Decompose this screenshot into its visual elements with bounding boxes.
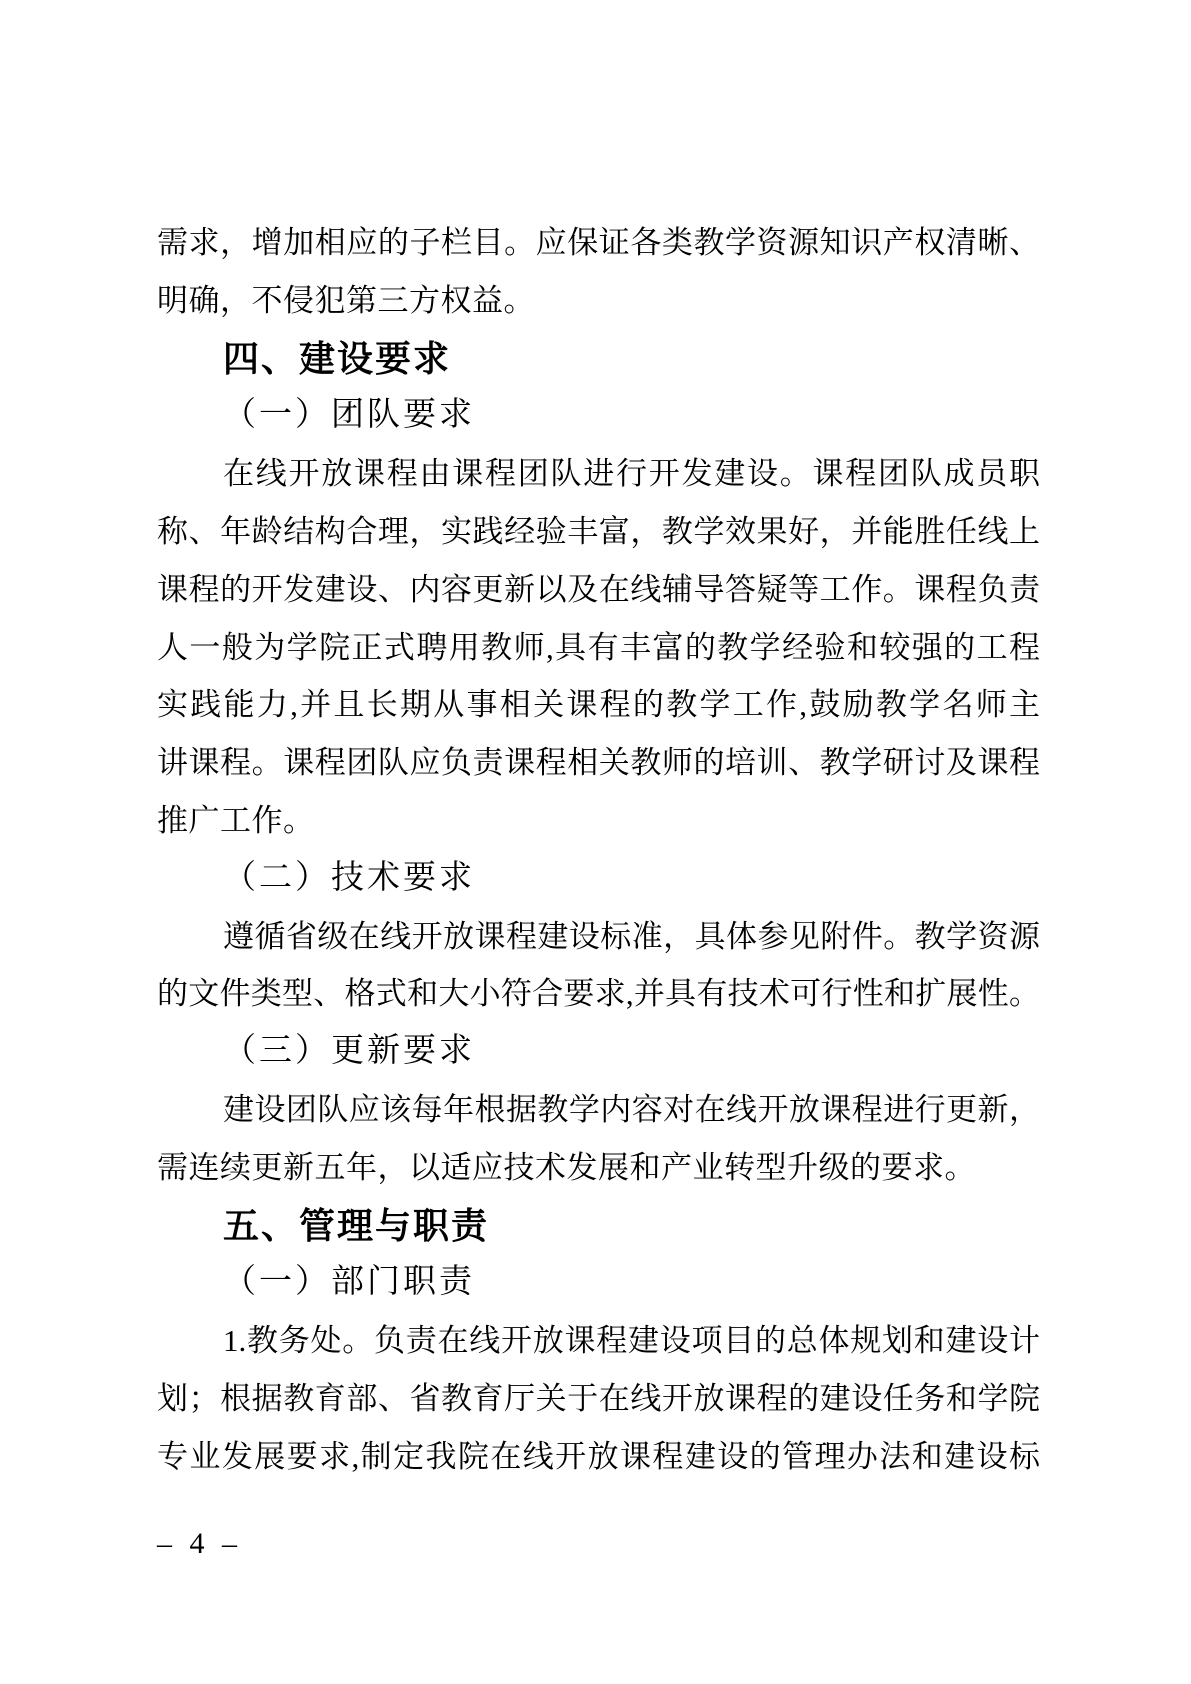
text-line: 需连续更新五年，以适应技术发展和产业转型升级的要求。 <box>157 1139 1040 1197</box>
sub-heading: （二）技术要求 <box>157 850 1040 908</box>
text-line: 明确，不侵犯第三方权益。 <box>157 272 1040 330</box>
text-line: 划；根据教育部、省教育厅关于在线开放课程的建设任务和学院 <box>157 1370 1040 1428</box>
text-line: 在线开放课程由课程团队进行开发建设。课程团队成员职 <box>157 445 1040 503</box>
text-line: 需求，增加相应的子栏目。应保证各类教学资源知识产权清晰、 <box>157 214 1040 272</box>
text-line: 课程的开发建设、内容更新以及在线辅导答疑等工作。课程负责 <box>157 561 1040 619</box>
text-line: 建设团队应该每年根据教学内容对在线开放课程进行更新， <box>157 1081 1040 1139</box>
text-line: 讲课程。课程团队应负责课程相关教师的培训、教学研讨及课程 <box>157 734 1040 792</box>
page-number: – 4 – <box>157 1524 242 1564</box>
document-page: 需求，增加相应的子栏目。应保证各类教学资源知识产权清晰、明确，不侵犯第三方权益。… <box>0 0 1191 1684</box>
text-line: 的文件类型、格式和大小符合要求,并具有技术可行性和扩展性。 <box>157 965 1040 1023</box>
sub-heading: （一）部门职责 <box>157 1254 1040 1312</box>
text-line: 遵循省级在线开放课程建设标准，具体参见附件。教学资源 <box>157 908 1040 966</box>
text-line: 实践能力,并且长期从事相关课程的教学工作,鼓励教学名师主 <box>157 676 1040 734</box>
text-line: 称、年龄结构合理，实践经验丰富，教学效果好，并能胜任线上 <box>157 503 1040 561</box>
document-body: 需求，增加相应的子栏目。应保证各类教学资源知识产权清晰、明确，不侵犯第三方权益。… <box>157 214 1040 1486</box>
text-line: 专业发展要求,制定我院在线开放课程建设的管理办法和建设标 <box>157 1428 1040 1486</box>
sub-heading: （三）更新要求 <box>157 1023 1040 1081</box>
section-heading: 四、建设要求 <box>157 330 1040 388</box>
text-line: 1.教务处。负责在线开放课程建设项目的总体规划和建设计 <box>157 1312 1040 1370</box>
text-line: 人一般为学院正式聘用教师,具有丰富的教学经验和较强的工程 <box>157 619 1040 677</box>
sub-heading: （一）团队要求 <box>157 387 1040 445</box>
text-line: 推广工作。 <box>157 792 1040 850</box>
section-heading: 五、管理与职责 <box>157 1197 1040 1255</box>
